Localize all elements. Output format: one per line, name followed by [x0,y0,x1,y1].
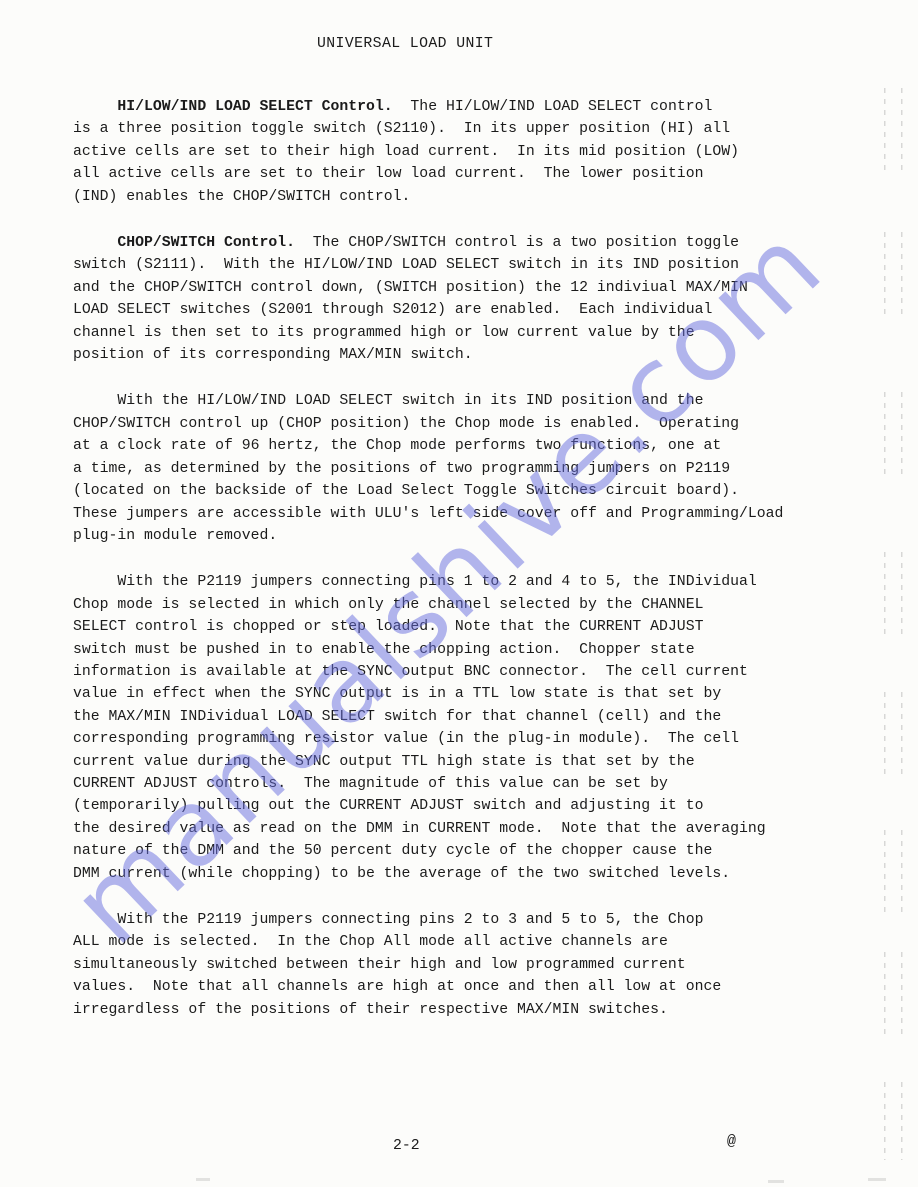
paragraph-text: The CHOP/SWITCH control is a two positio… [73,235,748,363]
paragraph-text: With the HI/LOW/IND LOAD SELECT switch i… [73,393,783,543]
paragraph-text: With the P2119 jumpers connecting pins 1… [73,574,766,881]
scanned-manual-page: UNIVERSAL LOAD UNIT HI/LOW/IND LOAD SELE… [0,0,918,1187]
scan-artifact [884,692,903,776]
paragraph-heading: CHOP/SWITCH Control. [73,235,295,251]
scan-artifact [884,232,903,316]
scan-artifact [196,1178,210,1181]
scan-artifact [868,1178,886,1181]
at-sign-mark: @ [727,1131,736,1153]
page-title: UNIVERSAL LOAD UNIT [317,33,493,55]
scan-artifact [884,552,903,636]
scan-artifact [768,1180,784,1183]
paragraph-text: With the P2119 jumpers connecting pins 2… [73,912,721,1018]
scan-artifact [884,830,903,914]
paragraph-heading: HI/LOW/IND LOAD SELECT Control. [73,99,393,115]
scan-artifact [884,392,903,476]
scan-artifact [884,88,903,172]
paragraph-chop-mode: With the HI/LOW/IND LOAD SELECT switch i… [73,390,853,547]
paragraph-hi-low-ind-load-select: HI/LOW/IND LOAD SELECT Control. The HI/L… [73,96,853,208]
paragraph-chop-switch-control: CHOP/SWITCH Control. The CHOP/SWITCH con… [73,232,853,366]
scan-artifact [884,952,903,1036]
page-number: 2-2 [393,1135,420,1157]
paragraph-chop-all-mode: With the P2119 jumpers connecting pins 2… [73,909,853,1021]
paragraph-individual-chop-mode: With the P2119 jumpers connecting pins 1… [73,571,853,885]
document-body: HI/LOW/IND LOAD SELECT Control. The HI/L… [73,96,853,1045]
scan-artifact [884,1082,903,1160]
